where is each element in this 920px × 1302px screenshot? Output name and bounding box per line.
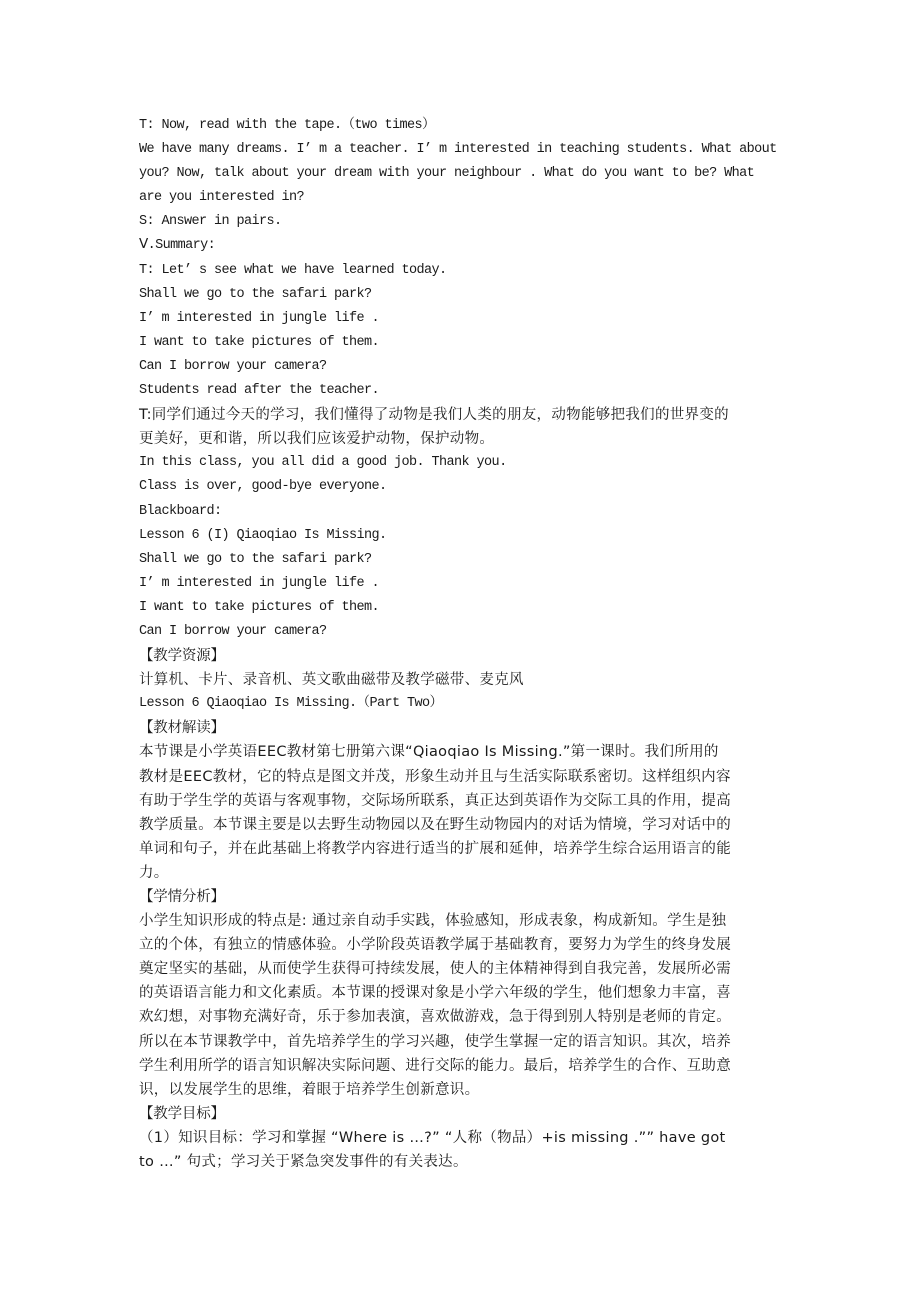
text-line: 教学质量。本节课主要是以去野生动物园以及在野生动物园内的对话为情境，学习对话中的: [139, 813, 839, 837]
text-line: are you interested in?: [139, 186, 839, 210]
text-line: I’ m interested in jungle life .: [139, 307, 839, 331]
text-line: I’ m interested in jungle life .: [139, 572, 839, 596]
text-line: 有助于学生学的英语与客观事物，交际场所联系，真正达到英语作为交际工具的作用，提高: [139, 789, 839, 813]
text-line: S: Answer in pairs.: [139, 210, 839, 234]
text-line: 力。: [139, 861, 839, 885]
text-line: 小学生知识形成的特点是: 通过亲自动手实践，体验感知，形成表象，构成新知。学生是…: [139, 909, 839, 933]
section-heading-teaching-objectives: 【教学目标】: [139, 1102, 839, 1126]
text-line: Shall we go to the safari park?: [139, 548, 839, 572]
text-line: Shall we go to the safari park?: [139, 283, 839, 307]
text-line: 教材是EEC教材，它的特点是图文并茂，形象生动并且与生活实际联系密切。这样组织内…: [139, 765, 839, 789]
section-heading-blackboard: Blackboard:: [139, 500, 839, 524]
text-line: you? Now, talk about your dream with you…: [139, 162, 839, 186]
text-line: 所以在本节课教学中，首先培养学生的学习兴趣，使学生掌握一定的语言知识。其次，培养: [139, 1030, 839, 1054]
text-line: 单词和句子，并在此基础上将教学内容进行适当的扩展和延伸，培养学生综合运用语言的能: [139, 837, 839, 861]
text-line: to …” 句式；学习关于紧急突发事件的有关表达。: [139, 1150, 839, 1174]
text-line: 本节课是小学英语EEC教材第七册第六课“Qiaoqiao Is Missing.…: [139, 740, 839, 764]
text-line: In this class, you all did a good job. T…: [139, 451, 839, 475]
text-line: 奠定坚实的基础，从而使学生获得可持续发展，使人的主体精神得到自我完善，发展所必需: [139, 957, 839, 981]
text-line: 计算机、卡片、录音机、英文歌曲磁带及教学磁带、麦克风: [139, 668, 839, 692]
text-line: 学生利用所学的语言知识解决实际问题、进行交际的能力。最后，培养学生的合作、互助意: [139, 1054, 839, 1078]
text-line: （1）知识目标：学习和掌握 “Where is …?” “人称（物品）+is m…: [139, 1126, 839, 1150]
text-line: Class is over, good-bye everyone.: [139, 475, 839, 499]
section-heading-textbook-analysis: 【教材解读】: [139, 716, 839, 740]
text-line: 立的个体，有独立的情感体验。小学阶段英语教学属于基础教育，要努力为学生的终身发展: [139, 933, 839, 957]
text-line: 的英语语言能力和文化素质。本节课的授课对象是小学六年级的学生，他们想象力丰富，喜: [139, 981, 839, 1005]
section-heading-teaching-resources: 【教学资源】: [139, 644, 839, 668]
text-line: 识，以发展学生的思维，着眼于培养学生创新意识。: [139, 1078, 839, 1102]
text-line: 更美好，更和谐，所以我们应该爱护动物，保护动物。: [139, 427, 839, 451]
text-line: I want to take pictures of them.: [139, 596, 839, 620]
document-page: T: Now, read with the tape.（two times） W…: [139, 114, 839, 1174]
lesson-title: Lesson 6 Qiaoqiao Is Missing.（Part Two）: [139, 692, 839, 716]
section-heading-summary: Ⅴ.Summary:: [139, 234, 839, 258]
text-line: I want to take pictures of them.: [139, 331, 839, 355]
text-line: T: Let’ s see what we have learned today…: [139, 259, 839, 283]
text-line: T:同学们通过今天的学习，我们懂得了动物是我们人类的朋友，动物能够把我们的世界变…: [139, 403, 839, 427]
section-heading-learner-analysis: 【学情分析】: [139, 885, 839, 909]
text-line: 欢幻想，对事物充满好奇，乐于参加表演，喜欢做游戏，急于得到别人特别是老师的肯定。: [139, 1005, 839, 1029]
text-line: T: Now, read with the tape.（two times）: [139, 114, 839, 138]
text-line: We have many dreams. I’ m a teacher. I’ …: [139, 138, 839, 162]
text-line: Students read after the teacher.: [139, 379, 839, 403]
text-line: Can I borrow your camera?: [139, 620, 839, 644]
text-line: Lesson 6 (I) Qiaoqiao Is Missing.: [139, 524, 839, 548]
text-line: Can I borrow your camera?: [139, 355, 839, 379]
